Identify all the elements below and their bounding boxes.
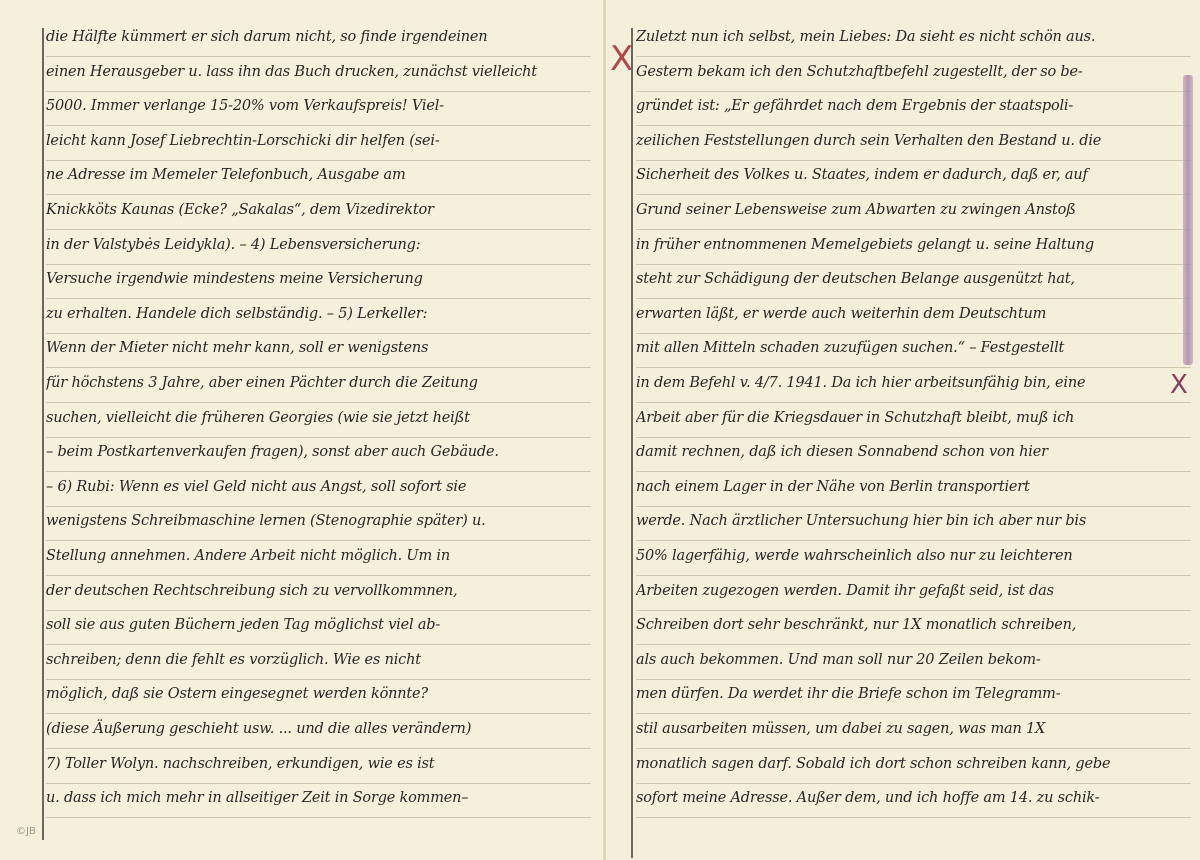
text-line: wenigstens Schreibmaschine lernen (Steno…	[46, 506, 591, 541]
purple-crayon-margin-bar	[1183, 75, 1193, 365]
text-line: nach einem Lager in der Nähe von Berlin …	[636, 472, 1191, 507]
text-line: ne Adresse im Memeler Telefonbuch, Ausga…	[46, 160, 591, 195]
text-line: – beim Postkartenverkaufen fragen), sons…	[46, 437, 591, 472]
margin-rule	[42, 28, 44, 840]
text-line: 7) Toller Wolyn. nachschreiben, erkundig…	[46, 749, 591, 784]
text-line: u. dass ich mich mehr in allseitiger Zei…	[46, 783, 591, 818]
text-line: Schreiben dort sehr beschränkt, nur 1X m…	[636, 610, 1191, 645]
text-line: Knickköts Kaunas (Ecke? „Sakalas“, dem V…	[46, 195, 591, 230]
watermark-stamp: ©JB	[16, 826, 36, 837]
text-line: Sicherheit des Volkes u. Staates, indem …	[636, 160, 1191, 195]
text-line: Versuche irgendwie mindestens meine Vers…	[46, 264, 591, 299]
text-line: einen Herausgeber u. lass ihn das Buch d…	[46, 57, 591, 92]
text-line: in dem Befehl v. 4/7. 1941. Da ich hier …	[636, 368, 1191, 403]
text-line: der deutschen Rechtschreibung sich zu ve…	[46, 576, 591, 611]
text-line: zu erhalten. Handele dich selbständig. –…	[46, 299, 591, 334]
margin-rule	[631, 28, 633, 858]
text-line: die Hälfte kümmert er sich darum nicht, …	[46, 22, 591, 57]
text-line: men dürfen. Da werdet ihr die Briefe sch…	[636, 679, 1191, 714]
text-line: schreiben; denn die fehlt es vorzüglich.…	[46, 645, 591, 680]
letter-page-left: die Hälfte kümmert er sich darum nicht, …	[0, 0, 604, 860]
text-line: Stellung annehmen. Andere Arbeit nicht m…	[46, 541, 591, 576]
red-pencil-x-mark: X	[610, 42, 633, 76]
text-line: gründet ist: „Er gefährdet nach dem Erge…	[636, 91, 1191, 126]
text-line: Arbeit aber für die Kriegsdauer in Schut…	[636, 403, 1191, 438]
text-line: leicht kann Josef Liebrechtin-Lorschicki…	[46, 126, 591, 161]
letter-page-right: Zuletzt nun ich selbst, mein Liebes: Da …	[606, 0, 1200, 860]
text-line: Grund seiner Lebensweise zum Abwarten zu…	[636, 195, 1191, 230]
text-line: 50% lagerfähig, werde wahrscheinlich als…	[636, 541, 1191, 576]
text-line: möglich, daß sie Ostern eingesegnet werd…	[46, 679, 591, 714]
text-line: zeilichen Feststellungen durch sein Verh…	[636, 126, 1191, 161]
text-line: Wenn der Mieter nicht mehr kann, soll er…	[46, 333, 591, 368]
text-line: Gestern bekam ich den Schutzhaftbefehl z…	[636, 57, 1191, 92]
text-line: – 6) Rubi: Wenn es viel Geld nicht aus A…	[46, 472, 591, 507]
text-line: erwarten läßt, er werde auch weiterhin d…	[636, 299, 1191, 334]
text-line: monatlich sagen darf. Sobald ich dort sc…	[636, 749, 1191, 784]
text-line: werde. Nach ärztlicher Untersuchung hier…	[636, 506, 1191, 541]
text-line: damit rechnen, daß ich diesen Sonnabend …	[636, 437, 1191, 472]
text-line: sofort meine Adresse. Außer dem, und ich…	[636, 783, 1191, 818]
text-line: für höchstens 3 Jahre, aber einen Pächte…	[46, 368, 591, 403]
text-line: Arbeiten zugezogen werden. Damit ihr gef…	[636, 576, 1191, 611]
text-line: Zuletzt nun ich selbst, mein Liebes: Da …	[636, 22, 1191, 57]
text-line: mit allen Mitteln schaden zuzufügen such…	[636, 333, 1191, 368]
text-line: soll sie aus guten Büchern jeden Tag mög…	[46, 610, 591, 645]
text-line: steht zur Schädigung der deutschen Belan…	[636, 264, 1191, 299]
purple-x-mark: X	[1170, 368, 1188, 402]
text-line: in früher entnommenen Memelgebiets gelan…	[636, 230, 1191, 265]
text-line: suchen, vielleicht die früheren Georgies…	[46, 403, 591, 438]
text-line: in der Valstybės Leidykla). – 4) Lebensv…	[46, 230, 591, 265]
text-line: (diese Äußerung geschieht usw. ... und d…	[46, 714, 591, 749]
text-line: 5000. Immer verlange 15-20% vom Verkaufs…	[46, 91, 591, 126]
text-line: als auch bekommen. Und man soll nur 20 Z…	[636, 645, 1191, 680]
text-line: stil ausarbeiten müssen, um dabei zu sag…	[636, 714, 1191, 749]
